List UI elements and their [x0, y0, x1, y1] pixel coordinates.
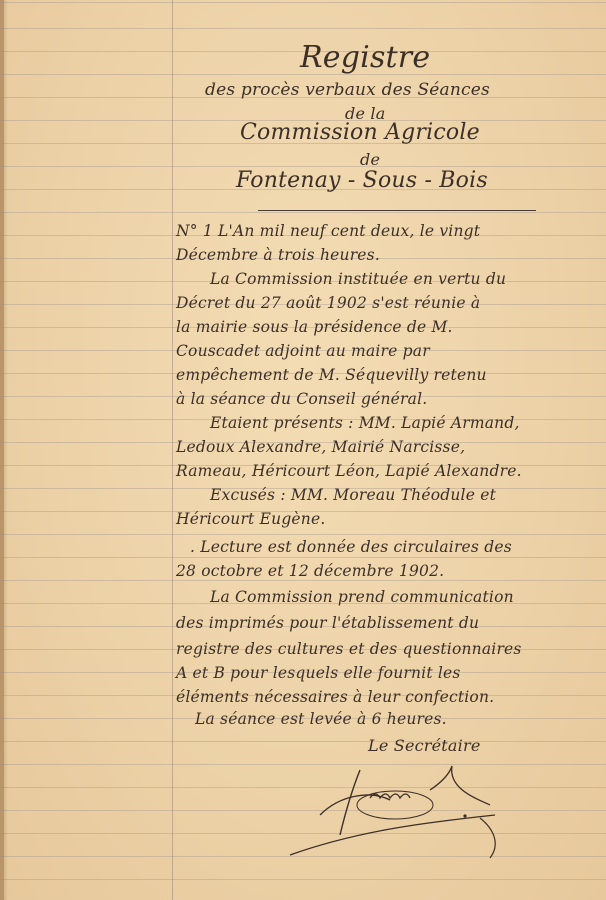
register-title: Registre — [300, 40, 430, 75]
body-line: Décret du 27 août 1902 s'est réunie à — [176, 294, 480, 312]
body-line: Etaient présents : MM. Lapié Armand, — [210, 414, 520, 432]
body-line: La Commission instituée en vertu du — [210, 270, 506, 288]
secretary-label: Le Secrétaire — [368, 736, 481, 755]
body-line: empêchement de M. Séquevilly retenu — [176, 366, 487, 384]
body-line: La séance est levée à 6 heures. — [195, 710, 447, 728]
body-line: La Commission prend communication — [210, 588, 514, 606]
body-line: éléments nécessaires à leur confection. — [176, 688, 494, 706]
heading-line-proces-verbaux: des procès verbaux des Séances — [205, 80, 490, 100]
heading-underline — [258, 210, 536, 211]
body-line: . Lecture est donnée des circulaires des — [190, 538, 512, 556]
body-line: Décembre à trois heures. — [176, 246, 380, 264]
left-margin-rule — [172, 0, 173, 900]
body-line: Rameau, Héricourt Léon, Lapié Alexandre. — [176, 462, 522, 480]
body-line: des imprimés pour l'établissement du — [176, 614, 479, 632]
body-line: Excusés : MM. Moreau Théodule et — [210, 486, 496, 504]
heading-line-town: Fontenay - Sous - Bois — [236, 168, 488, 193]
body-line: registre des cultures et des questionnai… — [176, 640, 522, 658]
body-line: Héricourt Eugène. — [176, 510, 326, 528]
register-page: Registre des procès verbaux des Séances … — [0, 0, 606, 900]
heading-line-de: de — [360, 150, 380, 169]
body-line: 28 octobre et 12 décembre 1902. — [176, 562, 444, 580]
body-line: à la séance du Conseil général. — [176, 390, 427, 408]
heading-line-commission: Commission Agricole — [240, 120, 480, 145]
body-line: A et B pour lesquels elle fournit les — [176, 664, 461, 682]
body-line: Ledoux Alexandre, Mairié Narcisse, — [176, 438, 465, 456]
body-line: N° 1 L'An mil neuf cent deux, le vingt — [176, 222, 480, 240]
body-line: la mairie sous la présidence de M. — [176, 318, 453, 336]
signature-icon — [280, 760, 520, 860]
body-line: Couscadet adjoint au maire par — [176, 342, 430, 360]
